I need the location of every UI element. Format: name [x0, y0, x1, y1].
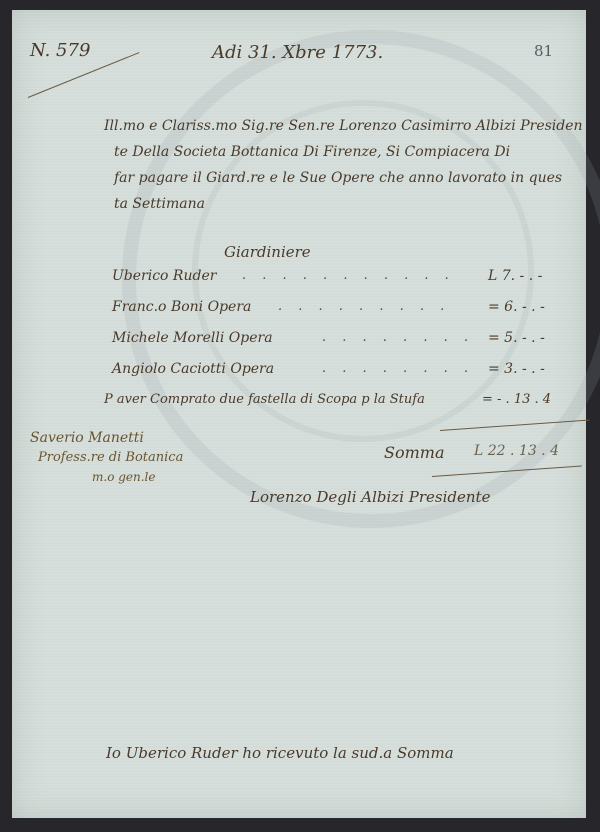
entry-amount: = - . 13 . 4 [482, 392, 551, 407]
entry-name: P aver Comprato due fastella di Scopa p … [104, 392, 425, 407]
entry-amount: = 5. - . - [488, 330, 545, 346]
entry-name: Franc.o Boni Opera [112, 299, 251, 315]
document-page: N. 579 Adi 31. Xbre 1773. 81 Ill.mo e Cl… [12, 10, 586, 818]
entry-name: Angiolo Caciotti Opera [112, 361, 274, 377]
address-line-1: Ill.mo e Clariss.mo Sig.re Sen.re Lorenz… [104, 118, 583, 134]
page-number: 81 [534, 42, 553, 60]
address-line-3: far pagare il Giard.re e le Sue Opere ch… [114, 170, 562, 186]
entry-name: Uberico Ruder [112, 268, 216, 284]
entry-name: Michele Morelli Opera [112, 330, 273, 346]
leader-dots: . . . . . . . . [322, 330, 474, 345]
entry-amount: L 7. - . - [488, 268, 542, 284]
side-note-line-1: Saverio Manetti [30, 430, 144, 446]
signature: Lorenzo Degli Albizi Presidente [250, 488, 490, 506]
leader-dots: . . . . . . . . . . . [242, 268, 455, 283]
total-label: Somma [384, 443, 444, 462]
address-line-4: ta Settimana [114, 196, 205, 212]
address-line-2: te Della Societa Bottanica Di Firenze, S… [114, 144, 510, 160]
receipt-line: Io Uberico Ruder ho ricevuto la sud.a So… [106, 744, 454, 762]
section-heading: Giardiniere [224, 243, 311, 261]
entry-amount: = 6. - . - [488, 299, 545, 315]
document-date: Adi 31. Xbre 1773. [212, 42, 383, 63]
entry-amount: = 3. - . - [488, 361, 545, 377]
side-note-line-2: Profess.re di Botanica [38, 450, 183, 465]
side-note-line-3: m.o gen.le [92, 470, 156, 484]
ref-number: N. 579 [30, 40, 90, 61]
total-amount: L 22 . 13 . 4 [474, 443, 559, 459]
leader-dots: . . . . . . . . [322, 361, 474, 376]
leader-dots: . . . . . . . . . [278, 299, 450, 314]
